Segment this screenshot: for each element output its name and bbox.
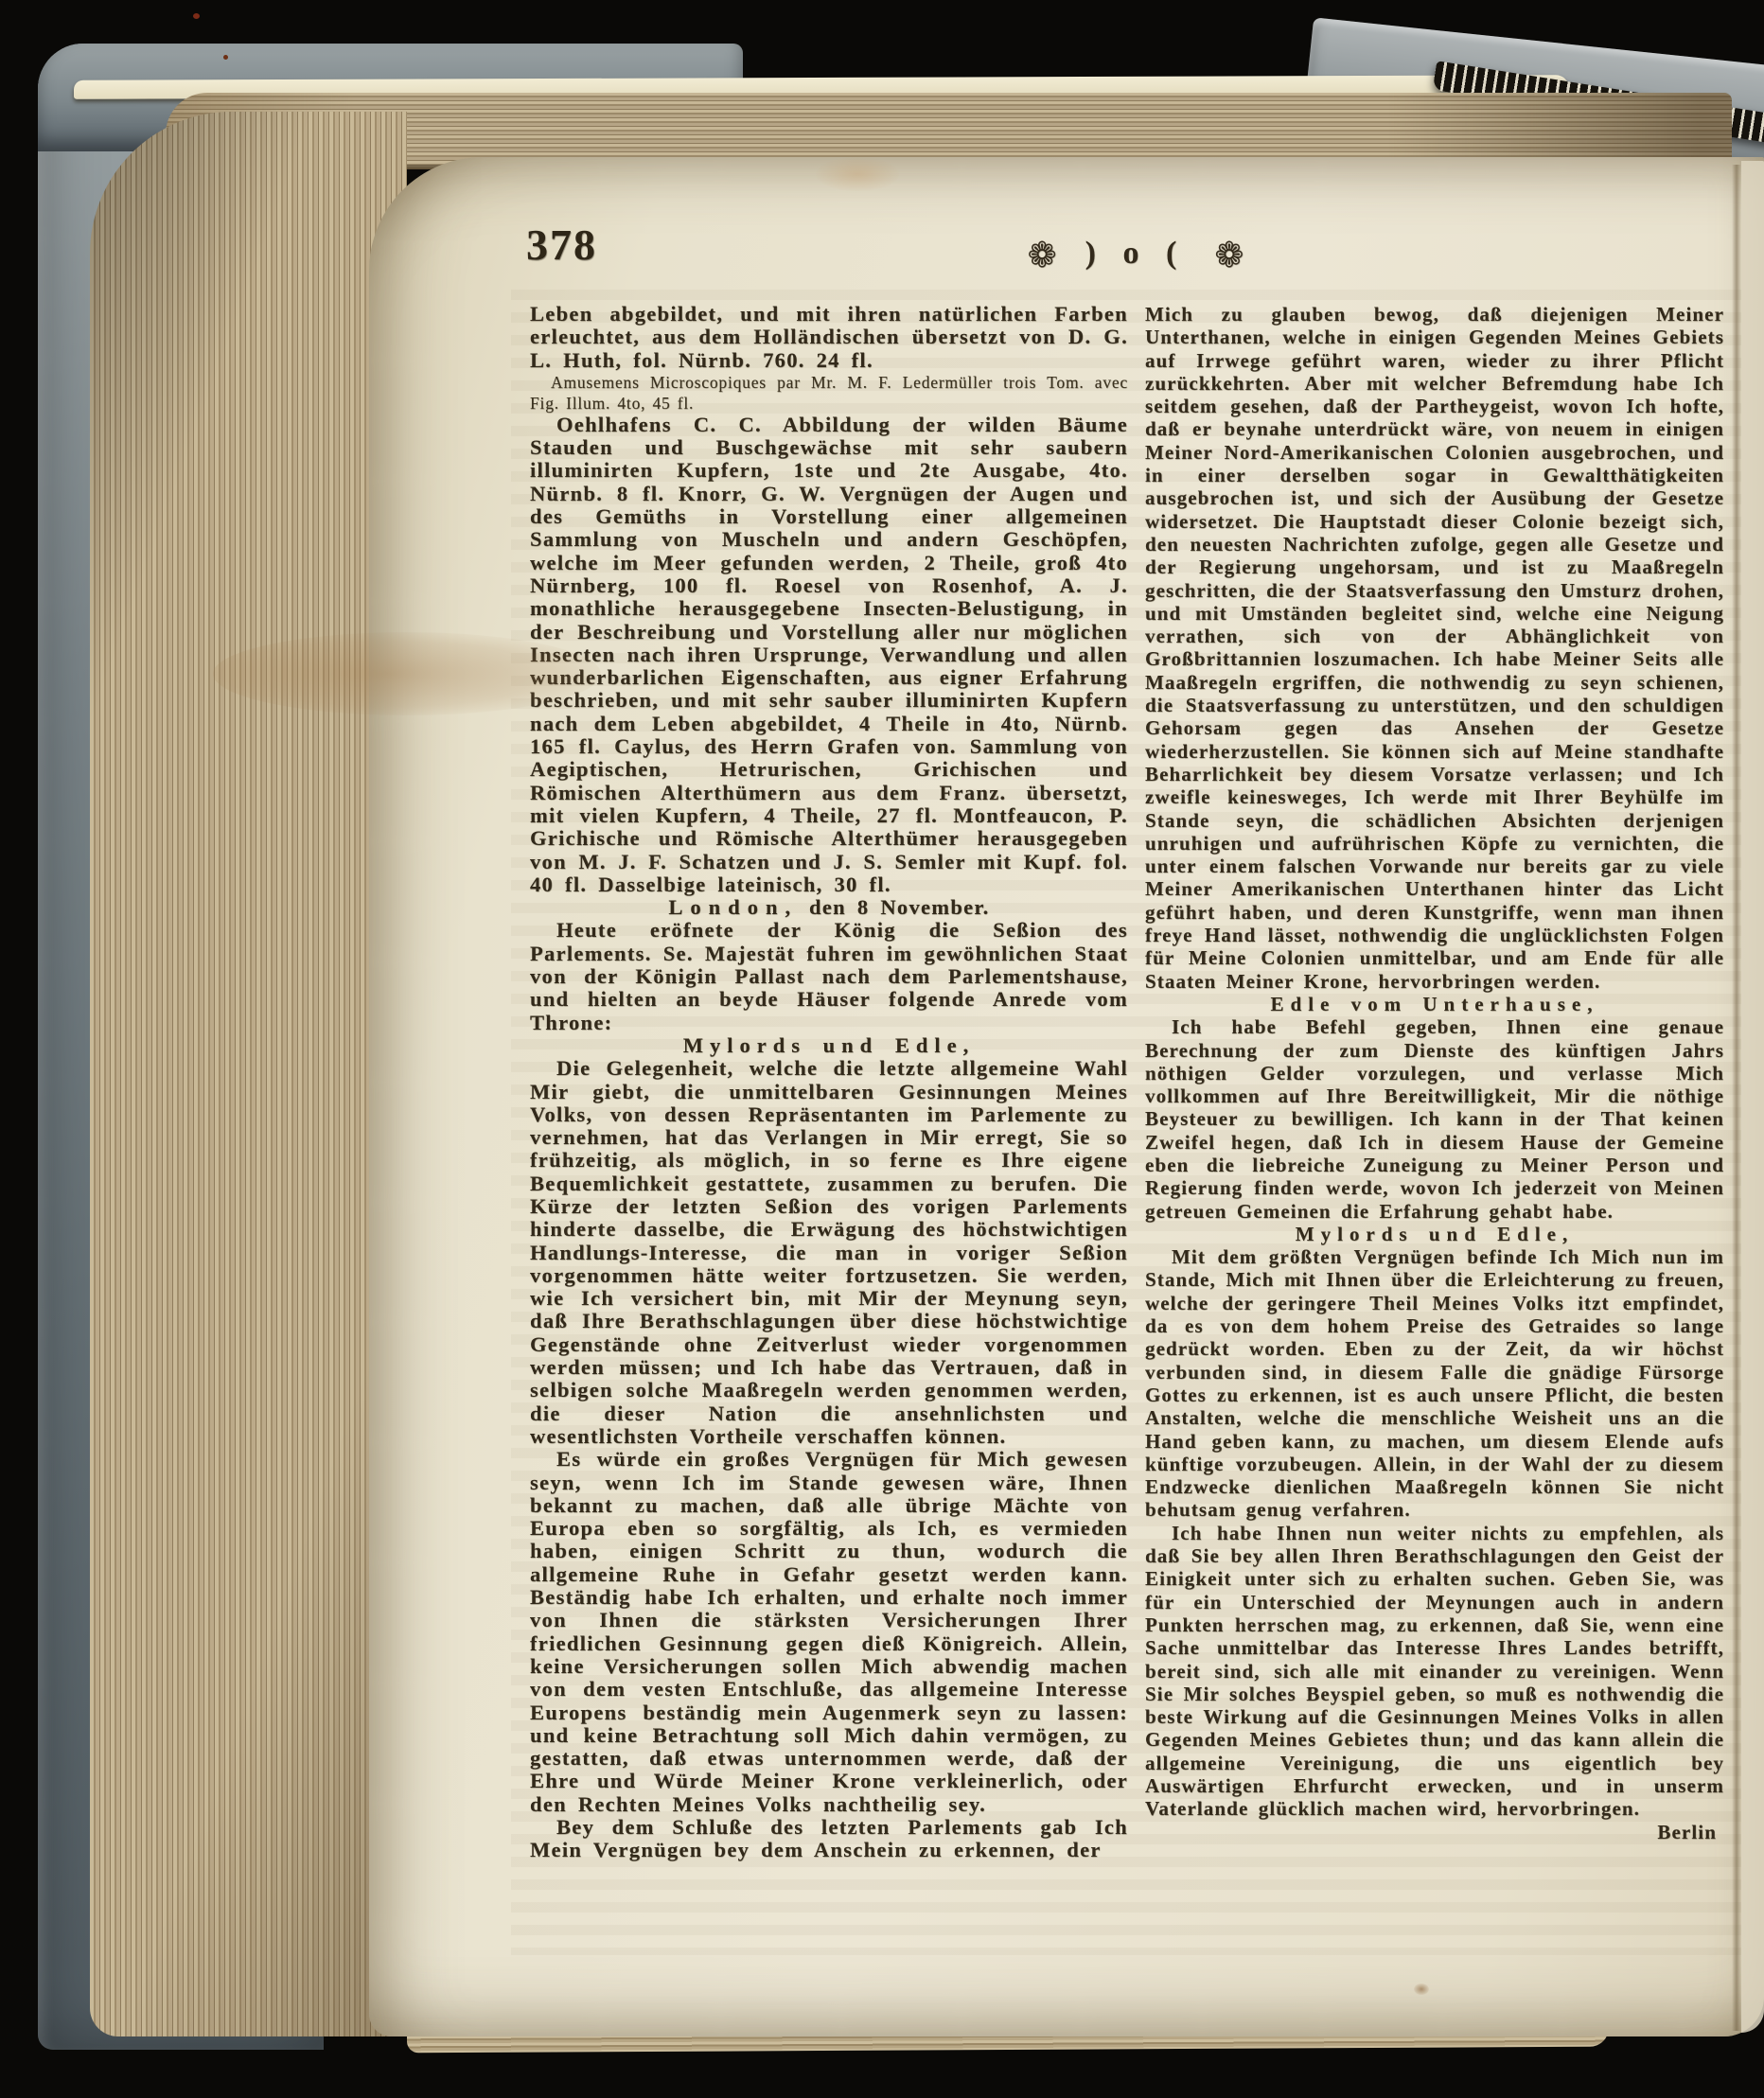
paragraph-antiqua-citation: Amusemens Microscopiques par Mr. M. F. L… [530, 372, 1128, 414]
dateline-date: den 8 November. [809, 895, 990, 919]
page-stack-left [90, 112, 407, 2036]
left-column: Leben abgebildet, und mit ihren natürlic… [530, 303, 1128, 1862]
section-heading-mylords-1: Mylords und Edle, [530, 1034, 1128, 1057]
floral-ornament-right-icon: ❁ [1214, 237, 1244, 275]
paragraph-speech-3-incomplete: Bey dem Schluße des letzten Parlements g… [530, 1816, 1128, 1862]
paragraph-grain-relief: Mit dem größten Vergnügen befinde Ich Mi… [1145, 1245, 1724, 1522]
dust-speck [223, 55, 228, 60]
page-number: 378 [526, 220, 597, 270]
photo-background: { "page": { "number": "378", "ornament":… [0, 0, 1764, 2098]
fox-spot-bottom [1414, 1983, 1429, 1995]
dateline-city: London, [668, 895, 798, 919]
paragraph-commons: Ich habe Befehl gegeben, Ihnen eine gena… [1145, 1015, 1724, 1223]
paragraph-colonies: Mich zu glauben bewog, daß diejenigen Me… [1145, 303, 1724, 993]
paragraph-book-catalog: Oehlhafens C. C. Abbildung der wilden Bä… [530, 414, 1128, 896]
paragraph-speech-1: Die Gelegenheit, welche die letzte allge… [530, 1057, 1128, 1448]
paragraph-speech-2: Es würde ein großes Vergnügen für Mich g… [530, 1448, 1128, 1816]
fox-spot-top [816, 157, 899, 191]
ink-stain-left-margin [213, 632, 601, 715]
book-page: 378 ❁ ) o ( ❁ Leben abgebildet, und mit … [369, 157, 1764, 2036]
dust-speck [193, 13, 200, 19]
paragraph-book-list-continuation: Leben abgebildet, und mit ihren natürlic… [530, 303, 1128, 372]
right-column: Mich zu glauben bewog, daß diejenigen Me… [1145, 303, 1724, 1843]
paragraph-unity-appeal: Ich habe Ihnen nun weiter nichts zu empf… [1145, 1522, 1724, 1821]
section-heading-unterhause: Edle vom Unterhause, [1145, 993, 1724, 1015]
header-ornament: ❁ ) o ( ❁ [899, 235, 1372, 276]
section-heading-mylords-2: Mylords und Edle, [1145, 1223, 1724, 1245]
catchword: Berlin [1145, 1821, 1724, 1843]
floral-ornament-left-icon: ❁ [1028, 237, 1057, 275]
page-edge-sliver [1741, 161, 1764, 2033]
parenthesis-ornament: ) o ( [1085, 236, 1187, 271]
dateline-london: London, den 8 November. [530, 896, 1128, 919]
paragraph-parliament-opening: Heute eröfnete der König die Seßion des … [530, 919, 1128, 1033]
page-edge-crease [1732, 165, 1741, 2031]
